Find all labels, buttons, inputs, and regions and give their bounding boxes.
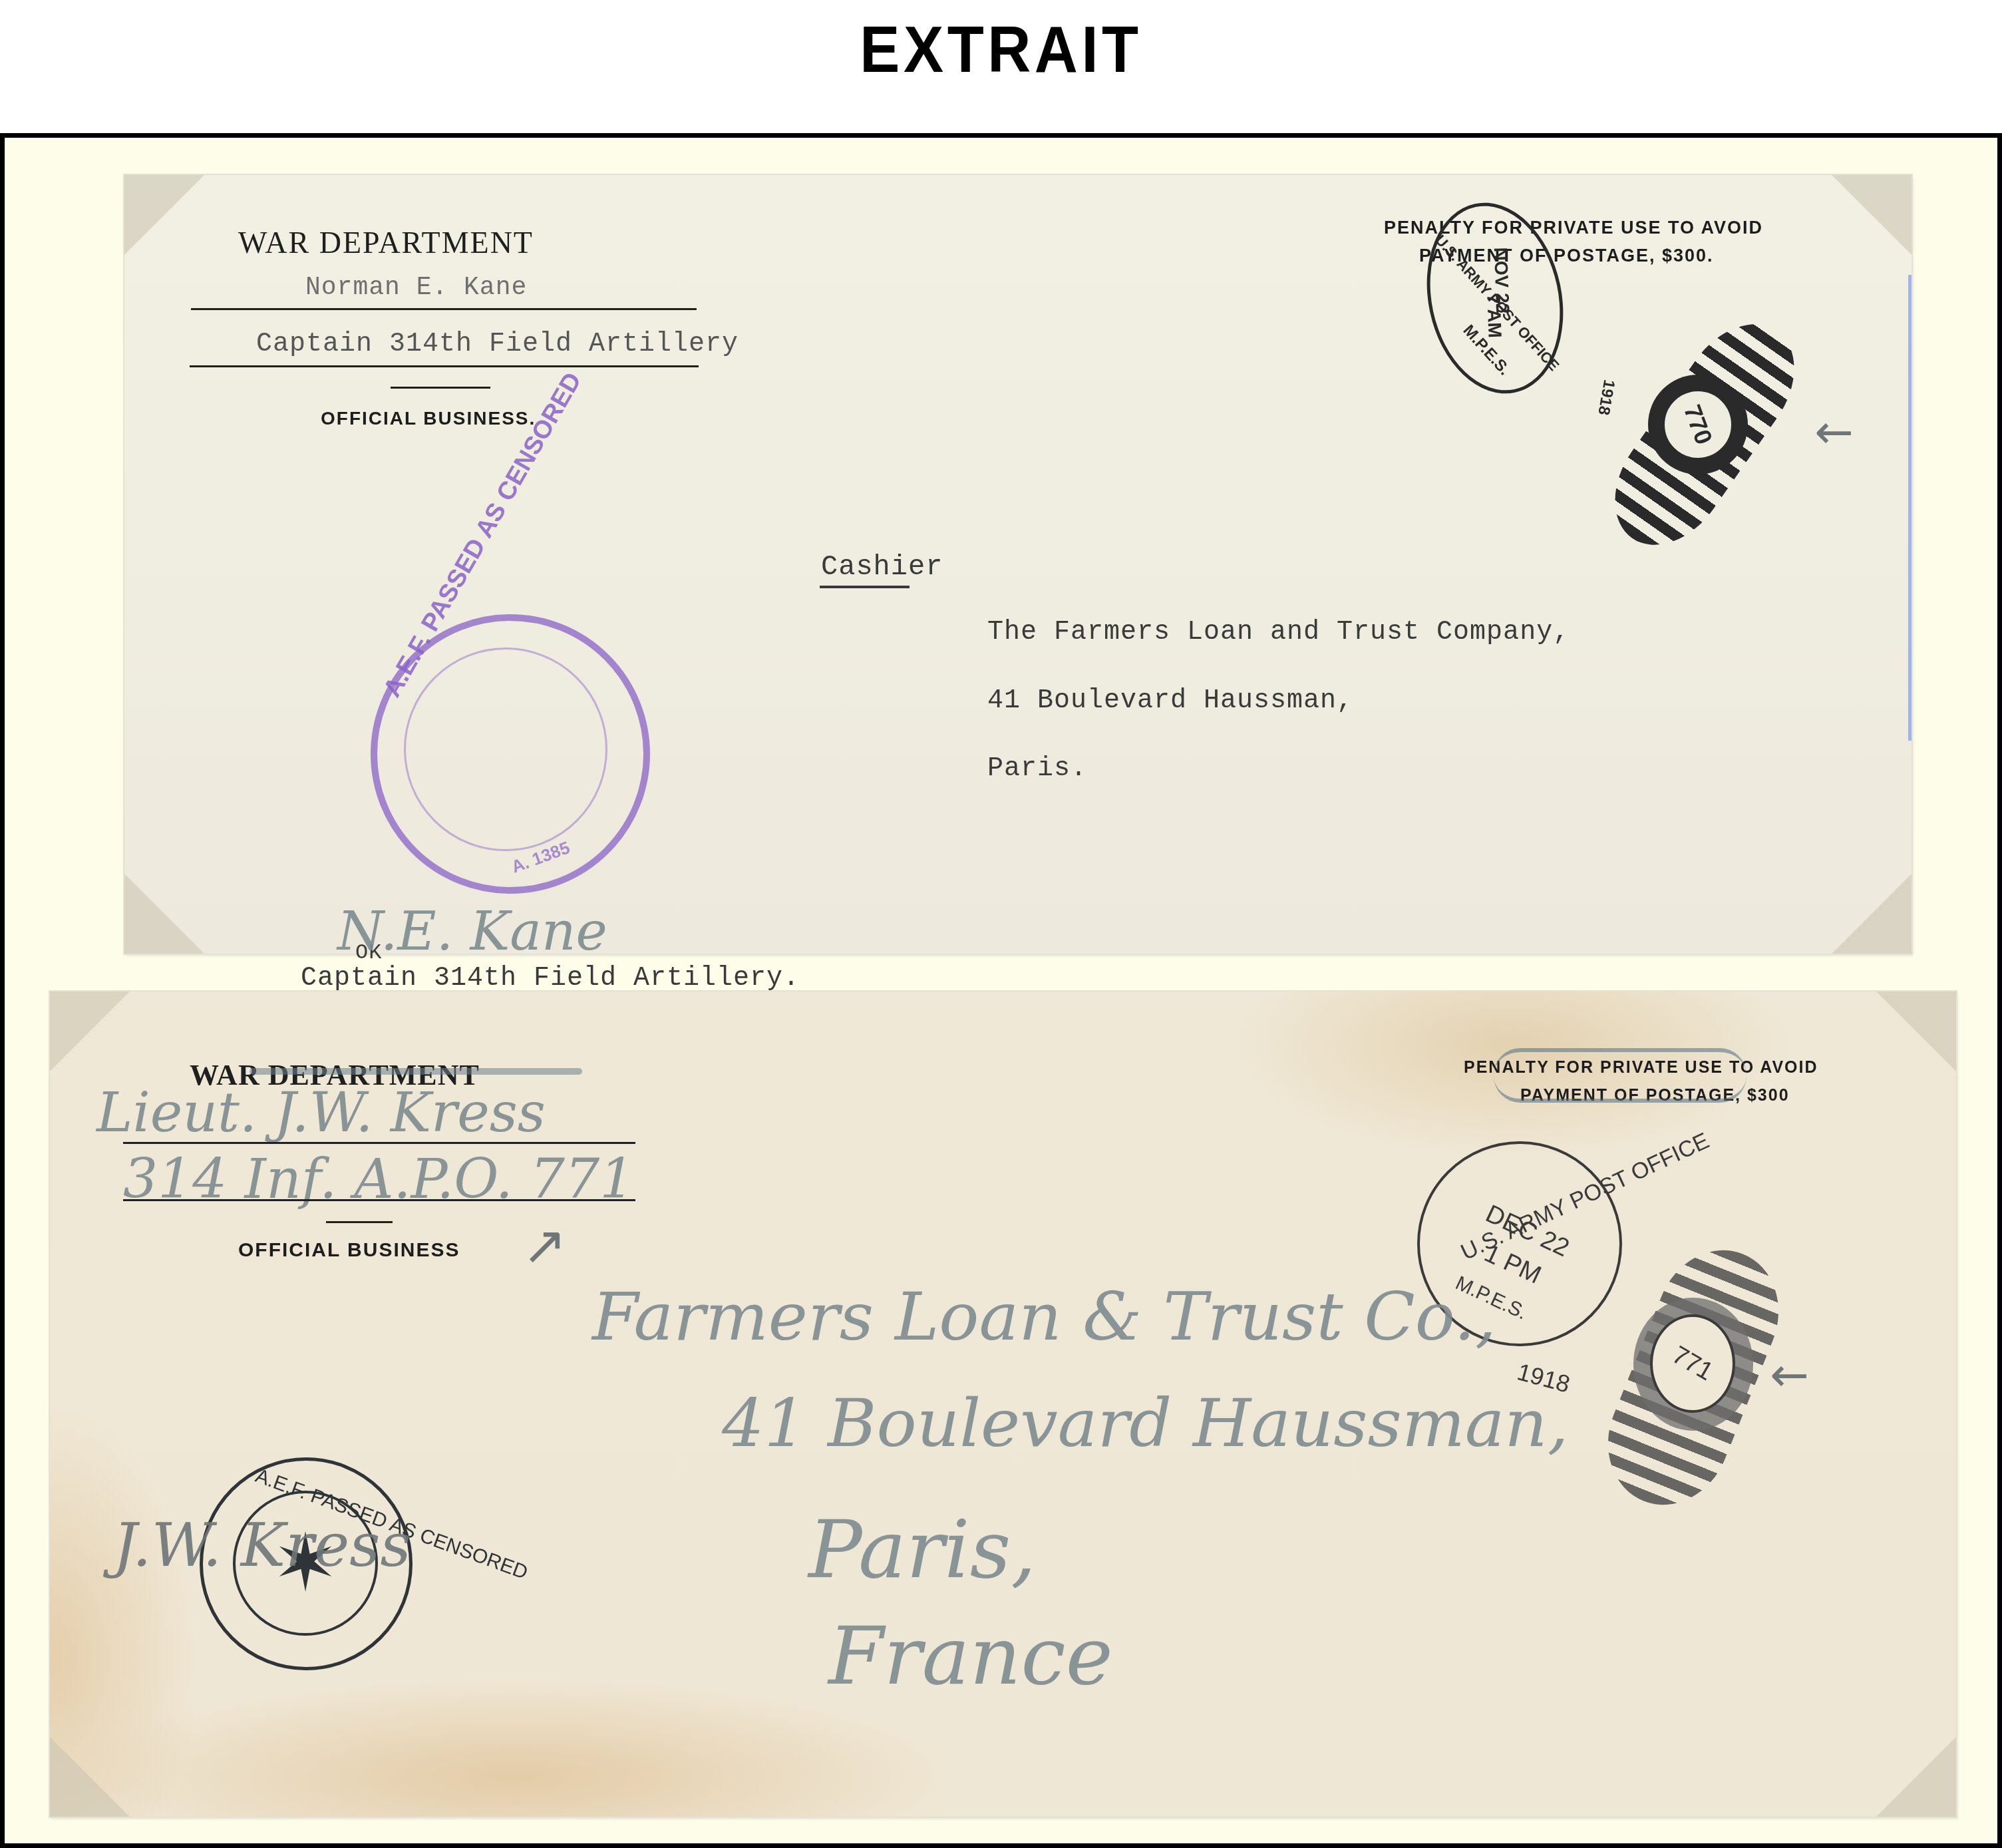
photo-corner-mount — [50, 992, 130, 1071]
photo-corner-mount — [1876, 1737, 1956, 1817]
killer-number: 770 — [1678, 401, 1718, 449]
photo-corner-mount — [1832, 874, 1912, 954]
annotation-arrow-up-icon: ↗ — [522, 1214, 567, 1276]
sender-unit-handwritten: 314 Inf. A.P.O. 771 — [123, 1148, 634, 1211]
postmark-time: 7 AM — [1482, 293, 1505, 338]
killer-number-circle: 771 — [1650, 1314, 1735, 1413]
corner-card-short-rule — [326, 1221, 393, 1223]
address-line-1: Farmers Loan & Trust Co., — [592, 1278, 1496, 1356]
censor-handstamp: A.E.F. PASSED AS CENSORED A. 1385 — [371, 614, 650, 894]
corner-card-rule — [191, 308, 697, 310]
corner-card-short-rule — [391, 387, 490, 389]
postmark-year: 1918 — [1593, 378, 1618, 416]
official-business-label: OFFICIAL BUSINESS. — [321, 408, 536, 429]
sender-title: Captain 314th Field Artillery — [256, 329, 739, 359]
address-line-4: France — [828, 1610, 1113, 1703]
address-line-1: The Farmers Loan and Trust Company, — [987, 618, 1570, 647]
annotation-arrow-icon: ← — [1770, 1348, 1809, 1402]
photo-corner-mount — [124, 175, 204, 255]
address-attention: Cashier — [821, 551, 943, 583]
sender-name-handwritten: Lieut. J.W. Kress — [96, 1081, 546, 1145]
address-line-3: Paris. — [987, 754, 1087, 784]
annotation-arrow-icon: ← — [1814, 405, 1854, 459]
official-business-label: OFFICIAL BUSINESS — [238, 1239, 460, 1262]
photo-corner-mount — [1876, 992, 1956, 1071]
address-line-2: 41 Boulevard Haussman, — [987, 686, 1353, 716]
envelope-edge-tint — [1908, 275, 1912, 741]
envelope-cover-1: WAR DEPARTMENT Norman E. Kane Captain 31… — [124, 175, 1912, 954]
corner-card-header: WAR DEPARTMENT — [238, 225, 534, 260]
photo-corner-mount — [124, 874, 204, 954]
attention-underline — [820, 586, 910, 588]
strikeout-scribble — [250, 1068, 582, 1075]
killer-number-circle: 770 — [1661, 388, 1735, 461]
censor-signature-title: Captain 314th Field Artillery. — [301, 964, 800, 994]
strikeout-scribble — [1494, 1048, 1747, 1103]
corner-card-rule — [123, 1199, 635, 1201]
page-title: EXTRAIT — [80, 12, 1921, 87]
envelope-cover-2: WAR DEPARTMENT Lieut. J.W. Kress 314 Inf… — [50, 992, 1956, 1817]
address-line-3: Paris, — [808, 1504, 1036, 1596]
corner-card-rule — [123, 1142, 635, 1144]
censor-signature: N.E. Kane — [337, 900, 607, 962]
censor-inner-ring — [404, 647, 607, 851]
killer-number: 771 — [1667, 1341, 1718, 1387]
photo-corner-mount — [1832, 175, 1912, 255]
sender-name: Norman E. Kane — [305, 274, 527, 302]
address-line-2: 41 Boulevard Haussman, — [722, 1384, 1569, 1462]
corner-card-rule — [190, 365, 699, 367]
censor-signature: J.W. Kress — [113, 1511, 411, 1580]
photo-corner-mount — [50, 1737, 130, 1817]
